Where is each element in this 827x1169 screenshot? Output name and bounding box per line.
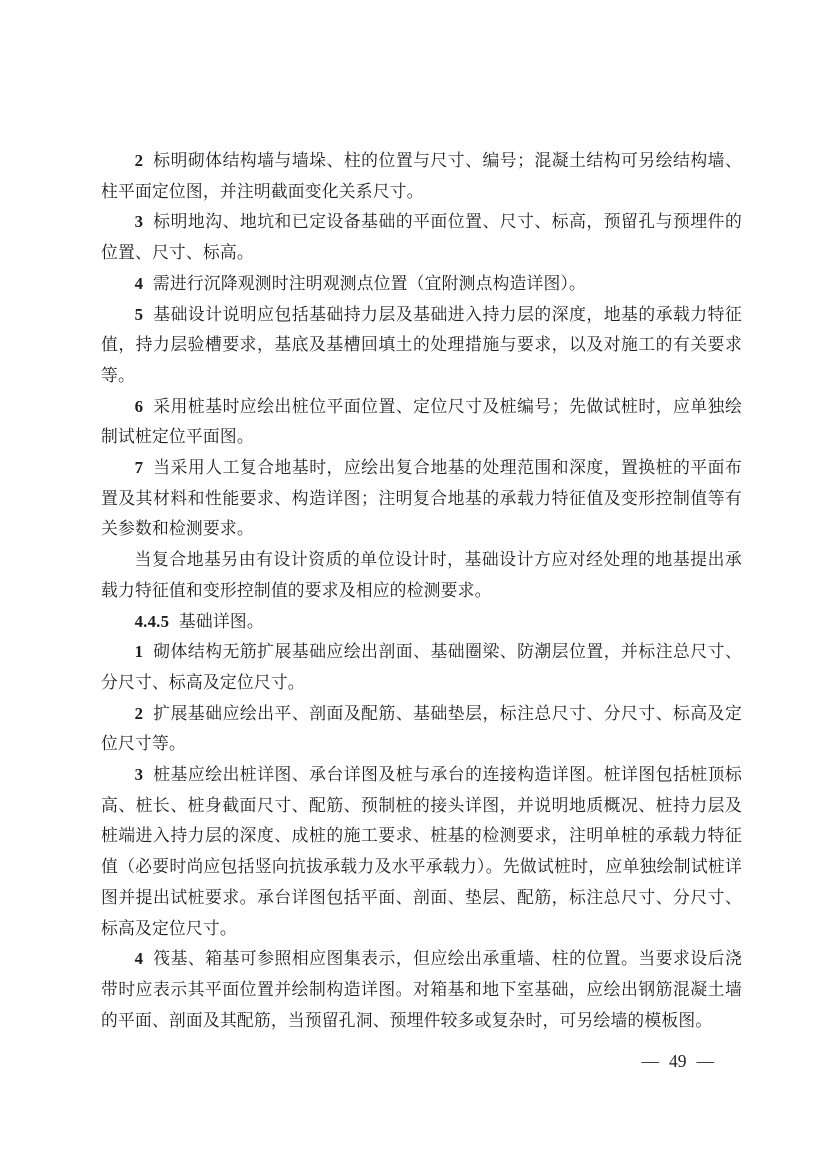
para-text: 标明砌体结构墙与墙垛、柱的位置与尺寸、编号；混凝土结构可另绘结构墙、柱平面定位图… — [101, 151, 742, 201]
para-item-1-masonry-foundation: 1砌体结构无筋扩展基础应绘出剖面、基础圈梁、防潮层位置，并标注总尺寸、分尺寸、标… — [101, 637, 742, 698]
para-text: 基础设计说明应包括基础持力层及基础进入持力层的深度，地基的承载力特征值，持力层验… — [101, 305, 742, 385]
document-body: 2标明砌体结构墙与墙垛、柱的位置与尺寸、编号；混凝土结构可另绘结构墙、柱平面定位… — [101, 146, 742, 1036]
item-number: 3 — [135, 212, 144, 231]
item-number: 1 — [135, 642, 144, 661]
item-number: 4 — [135, 949, 144, 968]
para-item-5-foundation-notes: 5基础设计说明应包括基础持力层及基础进入持力层的深度，地基的承载力特征值，持力层… — [101, 300, 742, 392]
para-text: 需进行沉降观测时注明观测点位置（宜附测点构造详图）。 — [153, 274, 586, 293]
para-text: 采用桩基时应绘出桩位平面位置、定位尺寸及桩编号；先做试桩时，应单独绘制试桩定位平… — [101, 397, 742, 447]
section-heading-4-4-5: 4.4.5基础详图。 — [101, 607, 742, 638]
page-footer: —49— — [642, 1049, 715, 1073]
item-number: 5 — [135, 305, 144, 324]
page-number: 49 — [669, 1051, 687, 1071]
section-number: 4.4.5 — [135, 612, 170, 631]
item-number: 2 — [135, 151, 144, 170]
para-text: 桩基应绘出桩详图、承台详图及桩与承台的连接构造详图。桩详图包括桩顶标高、桩长、桩… — [101, 765, 742, 938]
item-number: 2 — [135, 704, 144, 723]
para-text: 筏基、箱基可参照相应图集表示，但应绘出承重墙、柱的位置。当要求设后浇带时应表示其… — [101, 949, 742, 1029]
section-title: 基础详图。 — [179, 612, 264, 631]
para-item-2-spread-foundation: 2扩展基础应绘出平、剖面及配筋、基础垫层，标注总尺寸、分尺寸、标高及定位尺寸等。 — [101, 699, 742, 760]
item-number: 4 — [135, 274, 144, 293]
footer-dash-right: — — [697, 1051, 715, 1071]
para-item-3-pile-details: 3桩基应绘出桩详图、承台详图及桩与承台的连接构造详图。桩详图包括桩顶标高、桩长、… — [101, 760, 742, 944]
para-item-6-pile-foundation: 6采用桩基时应绘出桩位平面位置、定位尺寸及桩编号；先做试桩时，应单独绘制试桩定位… — [101, 392, 742, 453]
para-text: 当采用人工复合地基时，应绘出复合地基的处理范围和深度，置换桩的平面布置及其材料和… — [101, 458, 742, 538]
footer-dash-left: — — [642, 1051, 660, 1071]
para-text: 标明地沟、地坑和已定设备基础的平面位置、尺寸、标高，预留孔与预埋件的位置、尺寸、… — [101, 212, 742, 262]
para-text: 砌体结构无筋扩展基础应绘出剖面、基础圈梁、防潮层位置，并标注总尺寸、分尺寸、标高… — [101, 642, 742, 692]
item-number: 6 — [135, 397, 144, 416]
para-item-7-composite-ground: 7当采用人工复合地基时，应绘出复合地基的处理范围和深度，置换桩的平面布置及其材料… — [101, 453, 742, 545]
para-item-3-trench-pit: 3标明地沟、地坑和已定设备基础的平面位置、尺寸、标高，预留孔与预埋件的位置、尺寸… — [101, 207, 742, 268]
item-number: 7 — [135, 458, 144, 477]
para-note-composite-ground: 当复合地基另由有设计资质的单位设计时，基础设计方应对经处理的地基提出承载力特征值… — [101, 545, 742, 606]
para-item-2-wall-pier: 2标明砌体结构墙与墙垛、柱的位置与尺寸、编号；混凝土结构可另绘结构墙、柱平面定位… — [101, 146, 742, 207]
para-text: 扩展基础应绘出平、剖面及配筋、基础垫层，标注总尺寸、分尺寸、标高及定位尺寸等。 — [101, 704, 742, 754]
para-item-4-raft-box-foundation: 4筏基、箱基可参照相应图集表示，但应绘出承重墙、柱的位置。当要求设后浇带时应表示… — [101, 944, 742, 1036]
para-text: 当复合地基另由有设计资质的单位设计时，基础设计方应对经处理的地基提出承载力特征值… — [101, 550, 742, 600]
document-page: 2标明砌体结构墙与墙垛、柱的位置与尺寸、编号；混凝土结构可另绘结构墙、柱平面定位… — [0, 0, 827, 1169]
item-number: 3 — [135, 765, 144, 784]
para-item-4-settlement: 4需进行沉降观测时注明观测点位置（宜附测点构造详图）。 — [101, 269, 742, 300]
